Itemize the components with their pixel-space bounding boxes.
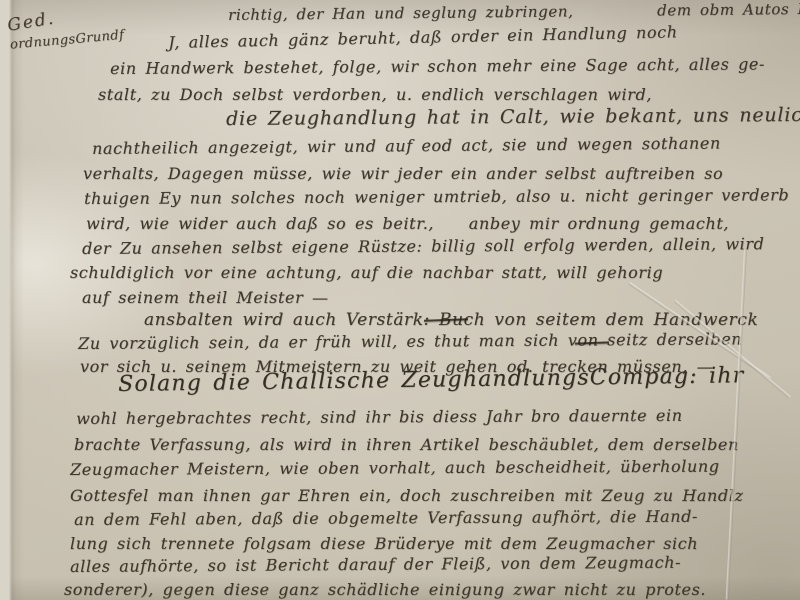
manuscript-line: nachtheilich angezeigt, wir und auf eod …	[92, 133, 721, 160]
manuscript-page: Ged. ordnungsGrundf richtig, der Han und…	[0, 0, 800, 600]
manuscript-line: an dem Fehl aben, daß die obgemelte Verf…	[74, 506, 698, 531]
manuscript-line: sonderer), gegen diese ganz schädliche e…	[64, 579, 706, 600]
manuscript-line: Zu vorzüglich sein, da er früh will, es …	[78, 328, 742, 355]
manuscript-line: Zeugmacher Meistern, wie oben vorhalt, a…	[70, 456, 720, 481]
manuscript-line: stalt, zu Doch selbst verdorben, u. endl…	[98, 84, 652, 106]
manuscript-line: thuigen Ey nun solches noch weniger umtr…	[84, 184, 789, 210]
manuscript-line: Gottesfel man ihnen gar Ehren ein, doch …	[70, 485, 744, 507]
paper-crease	[726, 250, 747, 600]
manuscript-line: ein Handwerk bestehet, folge, wir schon …	[110, 53, 765, 80]
manuscript-line: J, alles auch gänz beruht, daß order ein…	[168, 21, 678, 54]
manuscript-line: Solang die Challische ZeughandlungsCompa…	[118, 365, 745, 396]
manuscript-line: wird, wie wider auch daß so es beitr., a…	[86, 213, 729, 235]
manuscript-line: alles aufhörte, so ist Bericht darauf de…	[70, 552, 681, 578]
manuscript-line: verhalts, Dagegen müsse, wie wir jeder e…	[83, 163, 723, 185]
manuscript-line: die Zeughandlung hat in Calt, wie bekant…	[226, 104, 800, 130]
manuscript-line: wohl hergebrachtes recht, sind ihr bis d…	[76, 405, 683, 430]
manuscript-line: richtig, der Han und seglung zubringen, …	[228, 0, 800, 26]
manuscript-line: der Zu ansehen selbst eigene Rüstze: bil…	[82, 233, 765, 260]
manuscript-line: schuldiglich vor eine achtung, auf die n…	[70, 262, 663, 284]
manuscript-line: auf seinem theil Meister —	[82, 287, 329, 309]
manuscript-line: brachte Verfassung, als wird in ihren Ar…	[74, 434, 739, 456]
